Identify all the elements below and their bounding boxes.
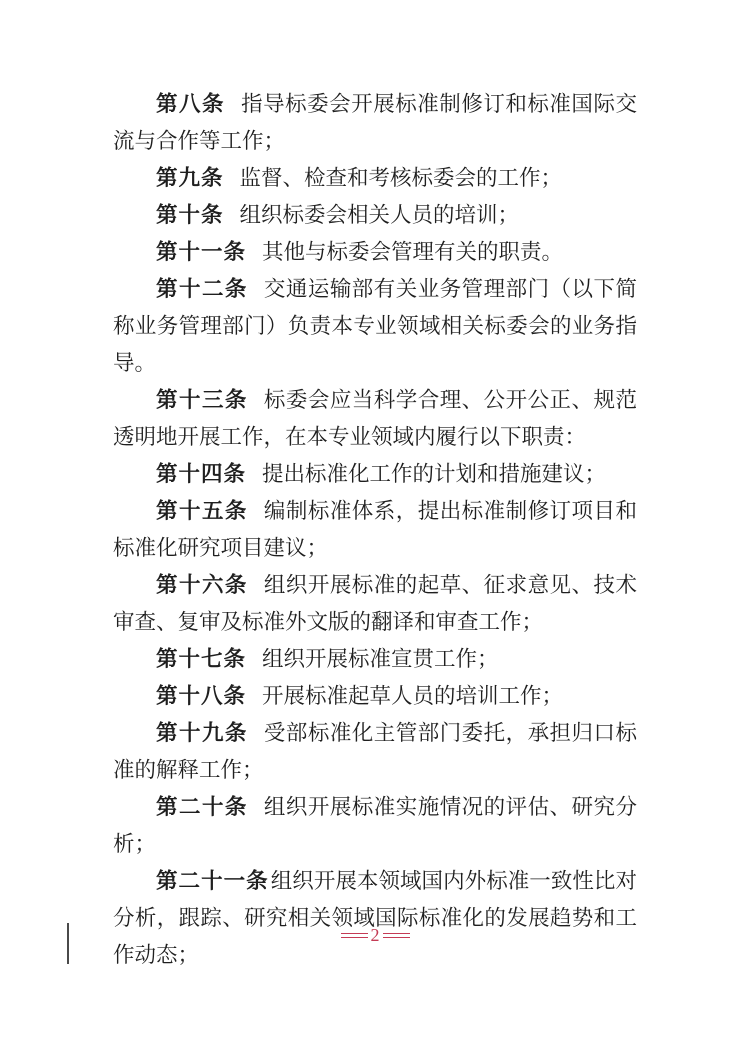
article-paragraph: 第十八条开展标准起草人员的培训工作； bbox=[113, 678, 637, 715]
article-paragraph: 第十五条编制标准体系，提出标准制修订项目和标准化研究项目建议； bbox=[113, 493, 637, 567]
article-paragraph: 第十条组织标委会相关人员的培训； bbox=[113, 197, 637, 234]
footer-dash-right bbox=[383, 933, 410, 938]
article-number: 第二十一条 bbox=[156, 869, 269, 894]
page-footer: 2 bbox=[0, 926, 750, 944]
document-page: 第八条指导标委会开展标准制修订和标准国际交流与合作等工作； 第九条监督、检查和考… bbox=[0, 0, 750, 1060]
article-paragraph: 第二十一条组织开展本领域国内外标准一致性比对分析，跟踪、研究相关领域国际标准化的… bbox=[113, 863, 637, 974]
article-number: 第十三条 bbox=[156, 388, 248, 413]
article-number: 第十二条 bbox=[156, 277, 248, 302]
article-paragraph: 第十七条组织开展标准宣贯工作； bbox=[113, 641, 637, 678]
article-text: 组织开展标准宣贯工作； bbox=[262, 647, 499, 671]
article-number: 第十一条 bbox=[156, 240, 246, 265]
article-number: 第十条 bbox=[156, 203, 224, 228]
article-number: 第十八条 bbox=[156, 684, 246, 709]
article-paragraph: 第八条指导标委会开展标准制修订和标准国际交流与合作等工作； bbox=[113, 86, 637, 160]
article-number: 第八条 bbox=[156, 92, 225, 117]
article-number: 第十九条 bbox=[156, 721, 248, 746]
article-number: 第十五条 bbox=[156, 499, 248, 524]
article-paragraph: 第十三条标委会应当科学合理、公开公正、规范透明地开展工作，在本专业领域内履行以下… bbox=[113, 382, 637, 456]
article-paragraph: 第十四条提出标准化工作的计划和措施建议； bbox=[113, 456, 637, 493]
page-number: 2 bbox=[370, 926, 381, 944]
article-paragraph: 第二十条组织开展标准实施情况的评估、研究分析； bbox=[113, 789, 637, 863]
article-paragraph: 第九条监督、检查和考核标委会的工作； bbox=[113, 160, 637, 197]
article-text: 监督、检查和考核标委会的工作； bbox=[240, 166, 563, 190]
article-paragraph: 第十六条组织开展标准的起草、征求意见、技术审查、复审及标准外文版的翻译和审查工作… bbox=[113, 567, 637, 641]
article-text: 组织标委会相关人员的培训； bbox=[240, 203, 520, 227]
article-text: 开展标准起草人员的培训工作； bbox=[262, 684, 563, 708]
article-paragraph: 第十九条受部标准化主管部门委托，承担归口标准的解释工作； bbox=[113, 715, 637, 789]
article-text: 提出标准化工作的计划和措施建议； bbox=[262, 462, 606, 486]
article-number: 第二十条 bbox=[156, 795, 248, 820]
article-number: 第十六条 bbox=[156, 573, 248, 598]
article-number: 第十四条 bbox=[156, 462, 246, 487]
document-body: 第八条指导标委会开展标准制修订和标准国际交流与合作等工作； 第九条监督、检查和考… bbox=[113, 86, 637, 974]
article-paragraph: 第十二条交通运输部有关业务管理部门（以下简称业务管理部门）负责本专业领域相关标委… bbox=[113, 271, 637, 382]
article-paragraph: 第十一条其他与标委会管理有关的职责。 bbox=[113, 234, 637, 271]
article-number: 第十七条 bbox=[156, 647, 246, 672]
footer-dash-left bbox=[341, 933, 368, 938]
article-number: 第九条 bbox=[156, 166, 224, 191]
article-text: 其他与标委会管理有关的职责。 bbox=[262, 240, 563, 264]
